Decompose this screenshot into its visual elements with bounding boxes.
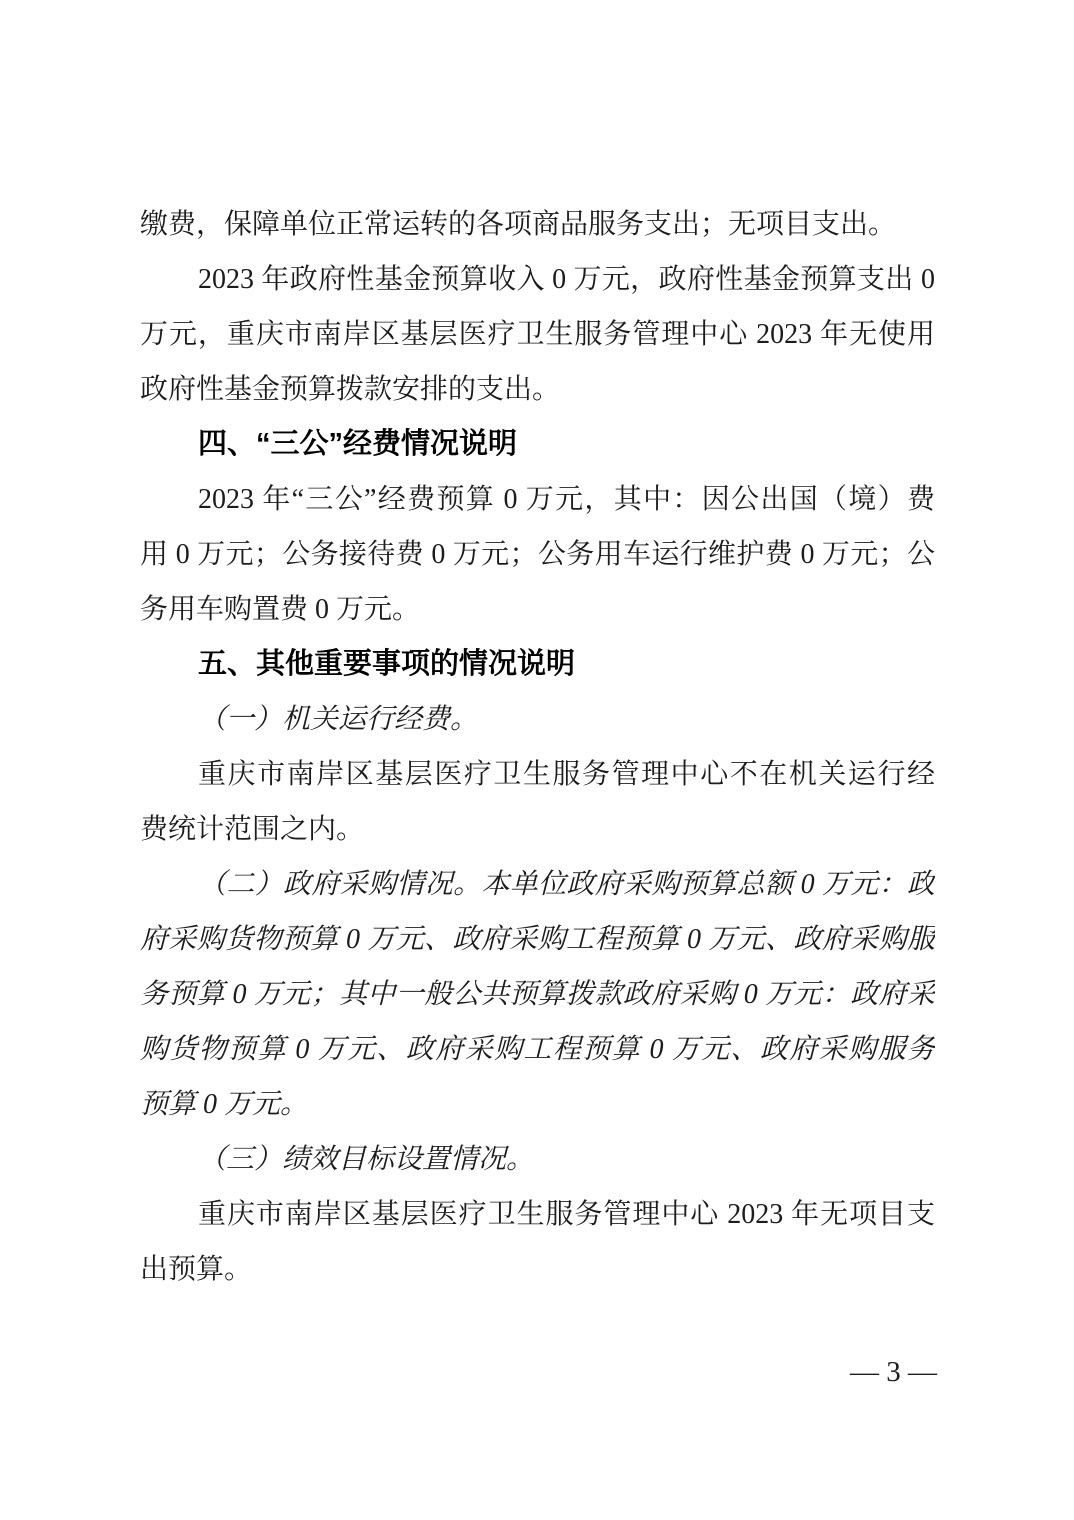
text-line: 预算 0 万元。	[140, 1077, 935, 1132]
document-body: 缴费，保障单位正常运转的各项商品服务支出；无项目支出。2023 年政府性基金预算…	[140, 197, 935, 1297]
text-line: 出预算。	[140, 1242, 935, 1297]
text-line: 府采购货物预算 0 万元、政府采购工程预算 0 万元、政府采购服	[140, 912, 935, 967]
text-line: 务用车购置费 0 万元。	[140, 582, 935, 637]
paragraph: 缴费，保障单位正常运转的各项商品服务支出；无项目支出。	[140, 197, 935, 252]
text-line: 费统计范围之内。	[140, 802, 935, 857]
text-line: 2023 年“三公”经费预算 0 万元，其中：因公出国（境）费	[140, 472, 935, 527]
text-line: 五、其他重要事项的情况说明	[140, 637, 935, 692]
section-heading: 五、其他重要事项的情况说明	[140, 637, 935, 692]
text-line: （一）机关运行经费。	[140, 692, 935, 747]
document-page: 缴费，保障单位正常运转的各项商品服务支出；无项目支出。2023 年政府性基金预算…	[0, 0, 1074, 1520]
text-line: 购货物预算 0 万元、政府采购工程预算 0 万元、政府采购服务	[140, 1022, 935, 1077]
text-line: 2023 年政府性基金预算收入 0 万元，政府性基金预算支出 0	[140, 252, 935, 307]
paragraph: （一）机关运行经费。	[140, 692, 935, 747]
paragraph: 重庆市南岸区基层医疗卫生服务管理中心不在机关运行经费统计范围之内。	[140, 747, 935, 857]
paragraph: 2023 年“三公”经费预算 0 万元，其中：因公出国（境）费用 0 万元；公务…	[140, 472, 935, 637]
text-line: （三）绩效目标设置情况。	[140, 1132, 935, 1187]
text-line: 政府性基金预算拨款安排的支出。	[140, 362, 935, 417]
section-heading: 四、“三公”经费情况说明	[140, 417, 935, 472]
text-line: （二）政府采购情况。本单位政府采购预算总额 0 万元：政	[140, 857, 935, 912]
text-line: 务预算 0 万元；其中一般公共预算拨款政府采购 0 万元：政府采	[140, 967, 935, 1022]
page-number: — 3 —	[140, 1345, 937, 1400]
paragraph: （二）政府采购情况。本单位政府采购预算总额 0 万元：政府采购货物预算 0 万元…	[140, 857, 935, 1132]
text-line: 重庆市南岸区基层医疗卫生服务管理中心 2023 年无项目支	[140, 1187, 935, 1242]
paragraph: （三）绩效目标设置情况。	[140, 1132, 935, 1187]
text-line: 四、“三公”经费情况说明	[140, 417, 935, 472]
text-line: 用 0 万元；公务接待费 0 万元；公务用车运行维护费 0 万元；公	[140, 527, 935, 582]
text-line: 万元，重庆市南岸区基层医疗卫生服务管理中心 2023 年无使用	[140, 307, 935, 362]
text-line: 重庆市南岸区基层医疗卫生服务管理中心不在机关运行经	[140, 747, 935, 802]
paragraph: 2023 年政府性基金预算收入 0 万元，政府性基金预算支出 0万元，重庆市南岸…	[140, 252, 935, 417]
text-line: 缴费，保障单位正常运转的各项商品服务支出；无项目支出。	[140, 197, 935, 252]
paragraph: 重庆市南岸区基层医疗卫生服务管理中心 2023 年无项目支出预算。	[140, 1187, 935, 1297]
